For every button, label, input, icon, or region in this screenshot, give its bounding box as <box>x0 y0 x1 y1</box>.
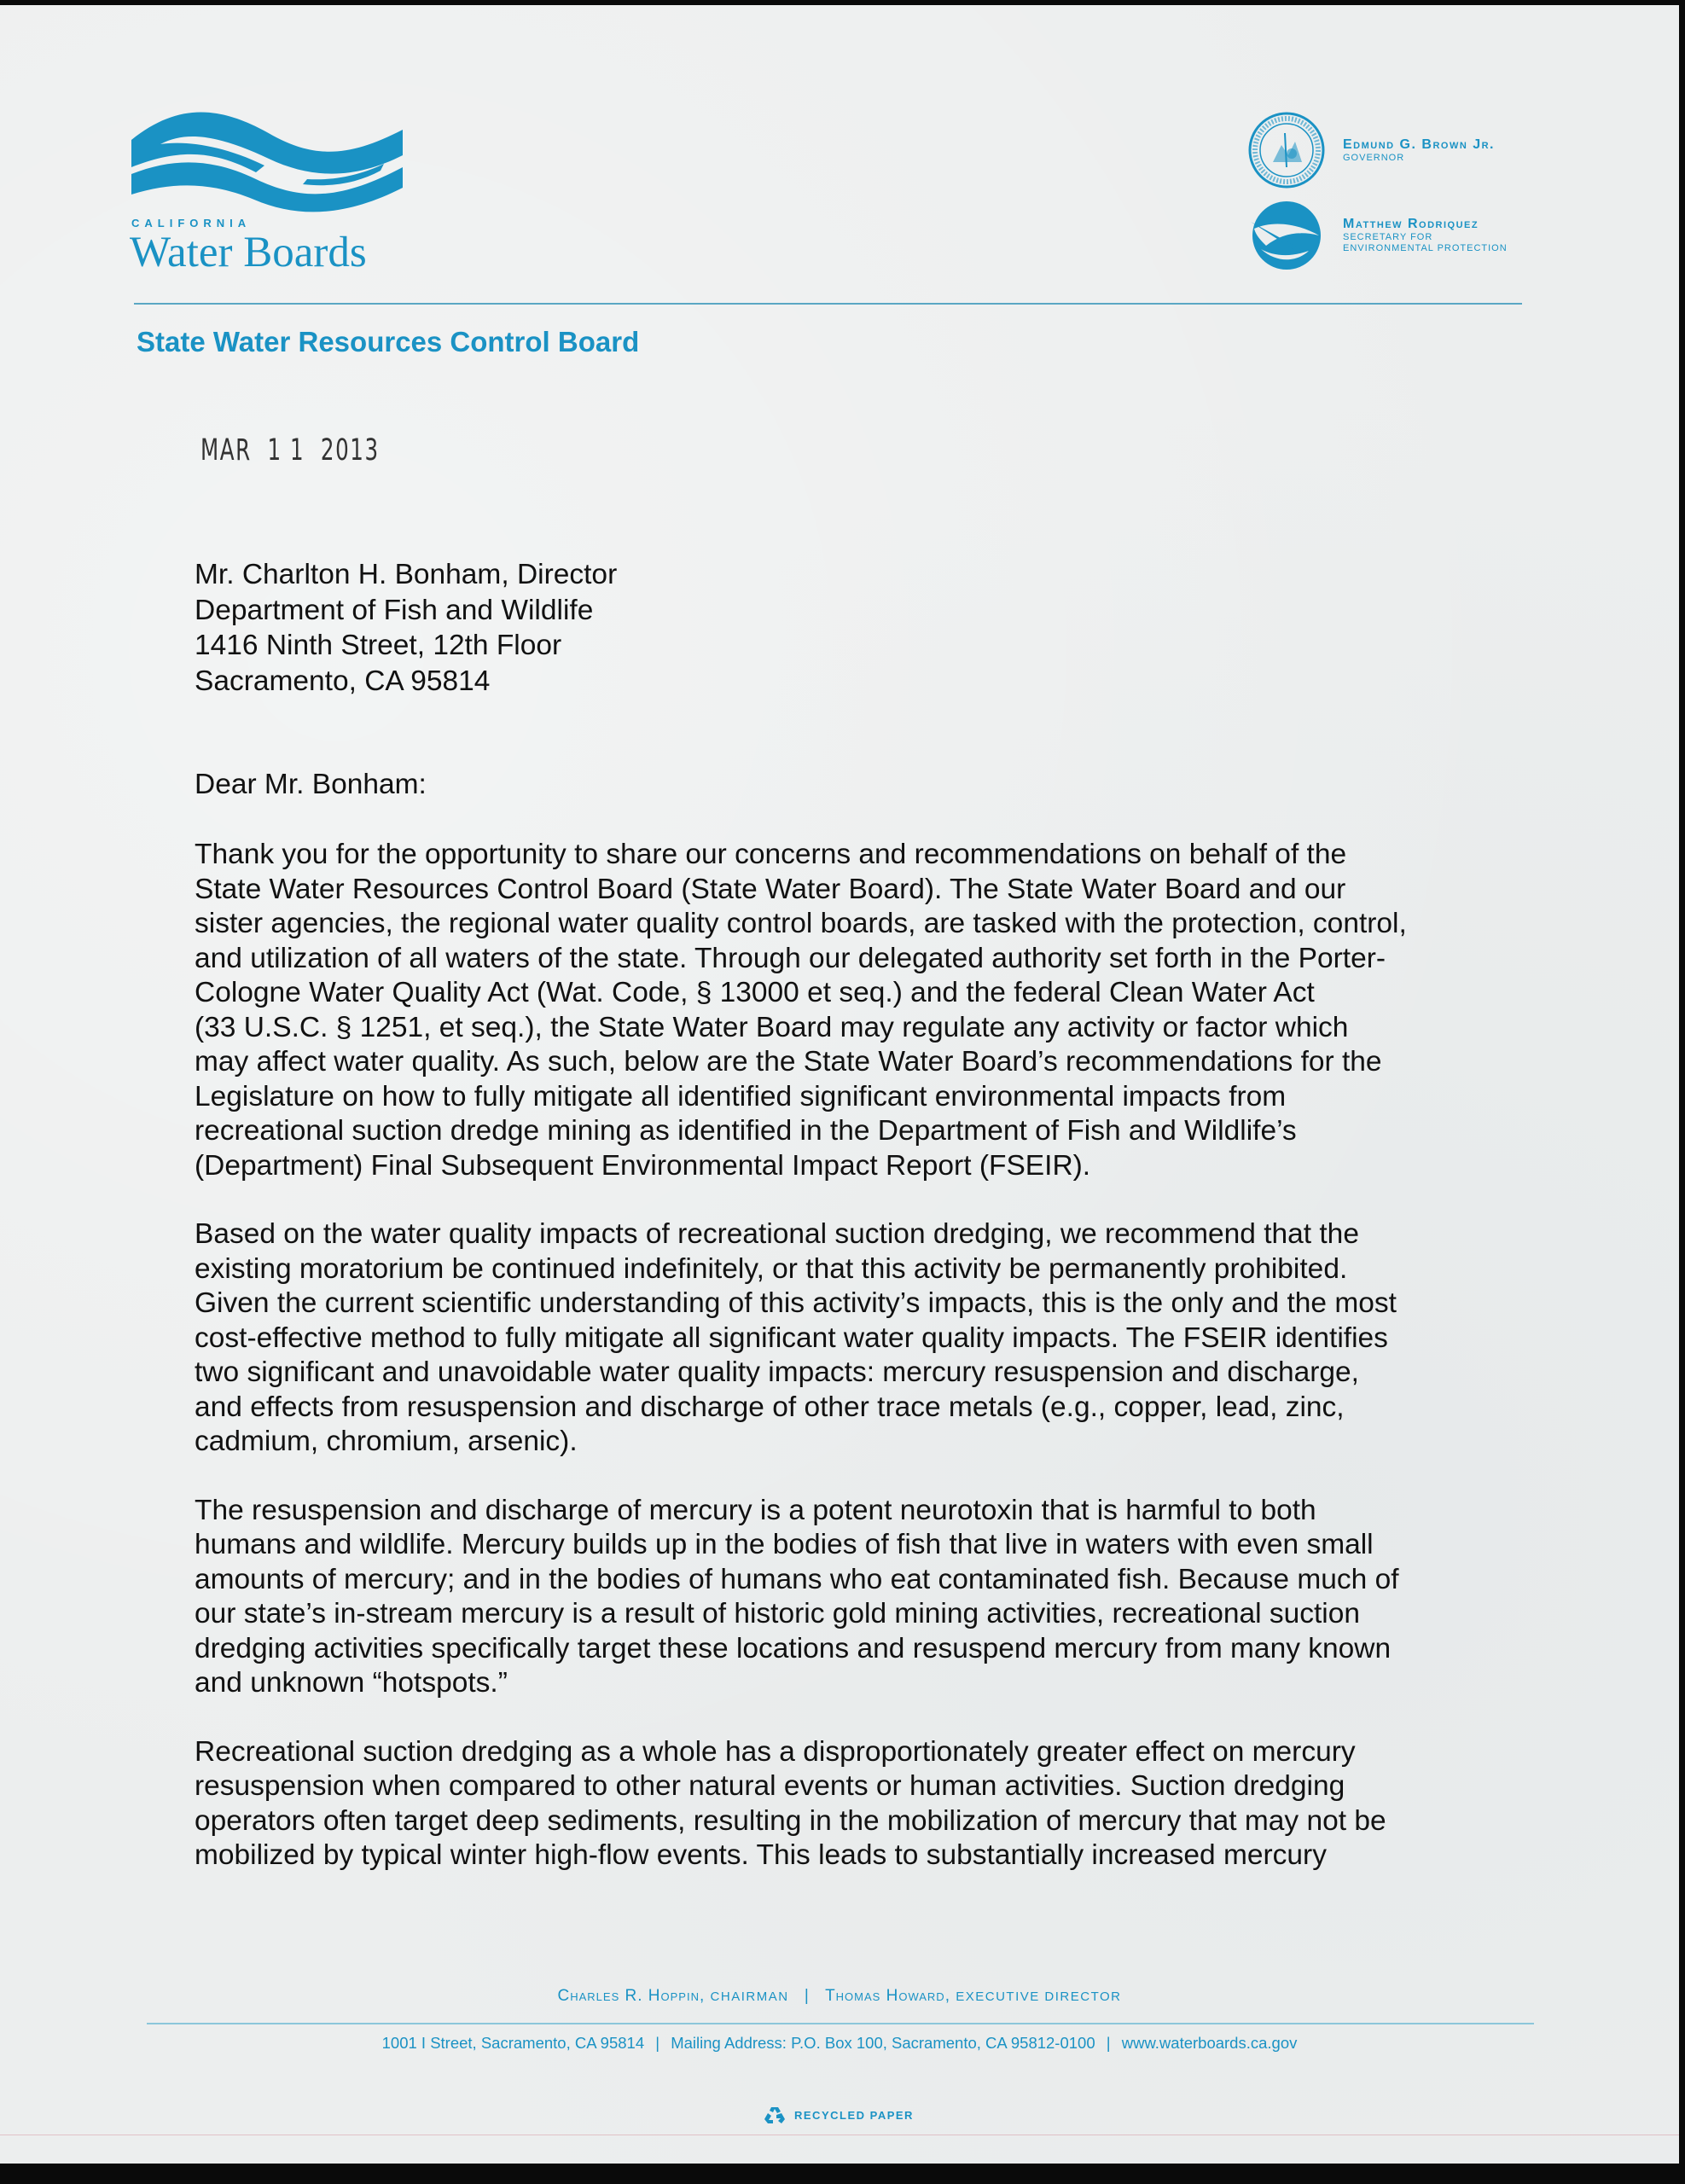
secretary-title-line2: ENVIRONMENTAL PROTECTION <box>1343 243 1508 254</box>
california-state-seal-icon <box>1247 111 1326 189</box>
paragraph-line: Thank you for the opportunity to share o… <box>195 838 1525 873</box>
board-name: State Water Resources Control Board <box>137 326 639 358</box>
director-title: EXECUTIVE DIRECTOR <box>956 1989 1121 2004</box>
paragraph-line: operators often target deep sediments, r… <box>195 1804 1525 1839</box>
paragraph-line: cadmium, chromium, arsenic). <box>195 1425 1525 1460</box>
paragraph-line: State Water Resources Control Board (Sta… <box>195 873 1525 908</box>
paragraph-line: and unknown “hotspots.” <box>195 1666 1525 1701</box>
paragraph-line: and effects from resuspension and discha… <box>195 1391 1525 1426</box>
official-secretary: Matthew Rodriquez SECRETARY FOR ENVIRONM… <box>1247 196 1508 275</box>
chairman-title: CHAIRMAN <box>711 1989 789 2004</box>
paragraph-line: humans and wildlife. Mercury builds up i… <box>195 1528 1525 1563</box>
street-address: 1001 I Street, Sacramento, CA 95814 <box>382 2034 645 2052</box>
date-stamp: MAR 1 1 2013 <box>200 433 380 468</box>
official-governor: Edmund G. Brown Jr. GOVERNOR <box>1247 111 1495 189</box>
secretary-name: Matthew Rodriquez <box>1343 217 1508 232</box>
recipient-line: Sacramento, CA 95814 <box>195 664 617 700</box>
paragraph-line: recreational suction dredge mining as id… <box>195 1114 1525 1149</box>
mailing-address: Mailing Address: P.O. Box 100, Sacrament… <box>671 2034 1095 2052</box>
water-boards-logo: CALIFORNIA Water Boards <box>128 106 410 276</box>
footer-separator: | <box>1107 2034 1111 2052</box>
paragraph-line: (33 U.S.C. § 1251, et seq.), the State W… <box>195 1011 1525 1046</box>
paragraph-line: and utilization of all waters of the sta… <box>195 942 1525 977</box>
paragraph-line: cost-effective method to fully mitigate … <box>195 1321 1525 1356</box>
letter-body: Thank you for the opportunity to share o… <box>195 838 1525 1908</box>
footer-divider <box>147 2023 1534 2024</box>
paragraph-line: may affect water quality. As such, below… <box>195 1045 1525 1080</box>
paper-edge-line <box>0 2135 1679 2135</box>
recycle-icon <box>764 2106 786 2124</box>
paragraph-line: (Department) Final Subsequent Environmen… <box>195 1149 1525 1184</box>
paragraph-line: Recreational suction dredging as a whole… <box>195 1735 1525 1770</box>
paragraph-line: Based on the water quality impacts of re… <box>195 1217 1525 1252</box>
paragraph-line: dredging activities specifically target … <box>195 1632 1525 1667</box>
recipient-line: Mr. Charlton H. Bonham, Director <box>195 557 617 593</box>
footer-separator: | <box>655 2034 659 2052</box>
footer-separator: | <box>805 1987 810 2005</box>
paragraph-line: Cologne Water Quality Act (Wat. Code, § … <box>195 976 1525 1011</box>
letter-page: CALIFORNIA Water Boards Edmund G. Brown … <box>0 5 1679 2164</box>
footer-officials: Charles R. Hoppin, CHAIRMAN | Thomas How… <box>0 1987 1679 2006</box>
salutation: Dear Mr. Bonham: <box>195 769 427 801</box>
governor-title: GOVERNOR <box>1343 153 1495 164</box>
water-waves-logo-icon <box>128 106 410 221</box>
footer-address: 1001 I Street, Sacramento, CA 95814 | Ma… <box>0 2034 1679 2053</box>
director-name: Thomas Howard <box>825 1987 945 2005</box>
recipient-address: Mr. Charlton H. Bonham, Director Departm… <box>195 557 617 699</box>
website-link[interactable]: www.waterboards.ca.gov <box>1122 2034 1298 2052</box>
paragraph-line: Legislature on how to fully mitigate all… <box>195 1080 1525 1115</box>
paragraph-line: Given the current scientific understandi… <box>195 1287 1525 1321</box>
paragraph-line: The resuspension and discharge of mercur… <box>195 1494 1525 1529</box>
chairman-name: Charles R. Hoppin <box>558 1987 700 2005</box>
paragraph-line: existing moratorium be continued indefin… <box>195 1252 1525 1287</box>
body-paragraph: Thank you for the opportunity to share o… <box>195 838 1525 1183</box>
recipient-line: Department of Fish and Wildlife <box>195 593 617 629</box>
header-divider <box>134 303 1522 305</box>
paragraph-line: amounts of mercury; and in the bodies of… <box>195 1563 1525 1598</box>
body-paragraph: Based on the water quality impacts of re… <box>195 1217 1525 1460</box>
body-paragraph: Recreational suction dredging as a whole… <box>195 1735 1525 1873</box>
governor-name: Edmund G. Brown Jr. <box>1343 137 1495 153</box>
paragraph-line: our state’s in-stream mercury is a resul… <box>195 1597 1525 1632</box>
paragraph-line: two significant and unavoidable water qu… <box>195 1356 1525 1391</box>
recipient-line: 1416 Ninth Street, 12th Floor <box>195 628 617 664</box>
recycled-paper-mark: RECYCLED PAPER <box>764 2106 914 2124</box>
calepa-logo-icon <box>1247 196 1326 275</box>
recycled-label: RECYCLED PAPER <box>794 2109 914 2122</box>
paragraph-line: resuspension when compared to other natu… <box>195 1769 1525 1804</box>
secretary-title-line1: SECRETARY FOR <box>1343 232 1508 243</box>
body-paragraph: The resuspension and discharge of mercur… <box>195 1494 1525 1701</box>
paragraph-line: mobilized by typical winter high-flow ev… <box>195 1838 1525 1873</box>
paragraph-line: sister agencies, the regional water qual… <box>195 907 1525 942</box>
logo-name: Water Boards <box>130 228 367 277</box>
